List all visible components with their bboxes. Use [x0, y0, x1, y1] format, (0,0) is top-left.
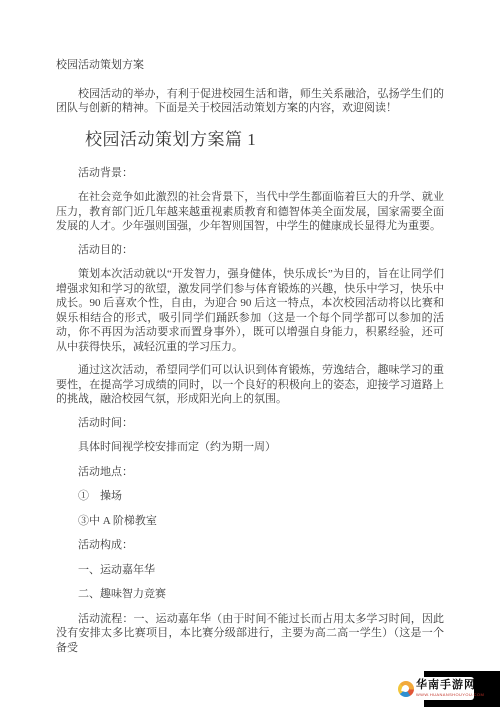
- watermark-site-subtext: WWW.HUANANSHOUYOU.COM: [416, 693, 484, 697]
- document-page: 校园活动策划方案 校园活动的举办，有利于促进校园生活和谐，师生关系融洽，弘扬学生…: [0, 0, 500, 707]
- flow-paragraph: 活动流程：一、运动嘉年华（由于时间不能过长而占用太多学习时间，因此没有安排太多比…: [56, 612, 444, 656]
- background-paragraph: 在社会竞争如此激烈的社会背景下，当代中学生都面临着巨大的升学、就业压力，教育部门…: [56, 190, 444, 234]
- composition-item-1: 一、运动嘉年华: [56, 563, 444, 578]
- time-label: 活动时间：: [56, 416, 444, 431]
- composition-item-2: 二、趣味智力竞赛: [56, 587, 444, 602]
- place-item-1: ① 操场: [56, 489, 444, 504]
- composition-label: 活动构成：: [56, 538, 444, 553]
- intro-paragraph: 校园活动的举办，有利于促进校园生活和谐，师生关系融洽，弘扬学生们的团队与创新的精…: [56, 87, 444, 116]
- huanan-swirl-logo-icon: [398, 681, 414, 697]
- watermark-site-name: 华南手游网: [416, 680, 484, 691]
- background-label: 活动背景：: [56, 166, 444, 181]
- purpose-paragraph: 策划本次活动就以“开发智力，强身健体，快乐成长”为目的，旨在让同学们增强求知和学…: [56, 267, 444, 354]
- time-detail: 具体时间视学校安排而定（约为期一周）: [56, 440, 444, 455]
- section-heading: 校园活动策划方案篇 1: [56, 128, 444, 152]
- doc-title: 校园活动策划方案: [56, 58, 444, 73]
- watermark-badge: 华南手游网 WWW.HUANANSHOUYOU.COM: [396, 677, 474, 700]
- document-body: 校园活动策划方案 校园活动的举办，有利于促进校园生活和谐，师生关系融洽，弘扬学生…: [56, 58, 444, 655]
- watermark-text-column: 华南手游网 WWW.HUANANSHOUYOU.COM: [416, 680, 484, 697]
- purpose-label: 活动目的：: [56, 243, 444, 258]
- hope-paragraph: 通过这次活动，希望同学们可以认识到体育锻炼，劳逸结合，趣味学习的重要性，在提高学…: [56, 363, 444, 407]
- place-label: 活动地点：: [56, 465, 444, 480]
- place-item-2: ③中 A 阶梯教室: [56, 514, 444, 529]
